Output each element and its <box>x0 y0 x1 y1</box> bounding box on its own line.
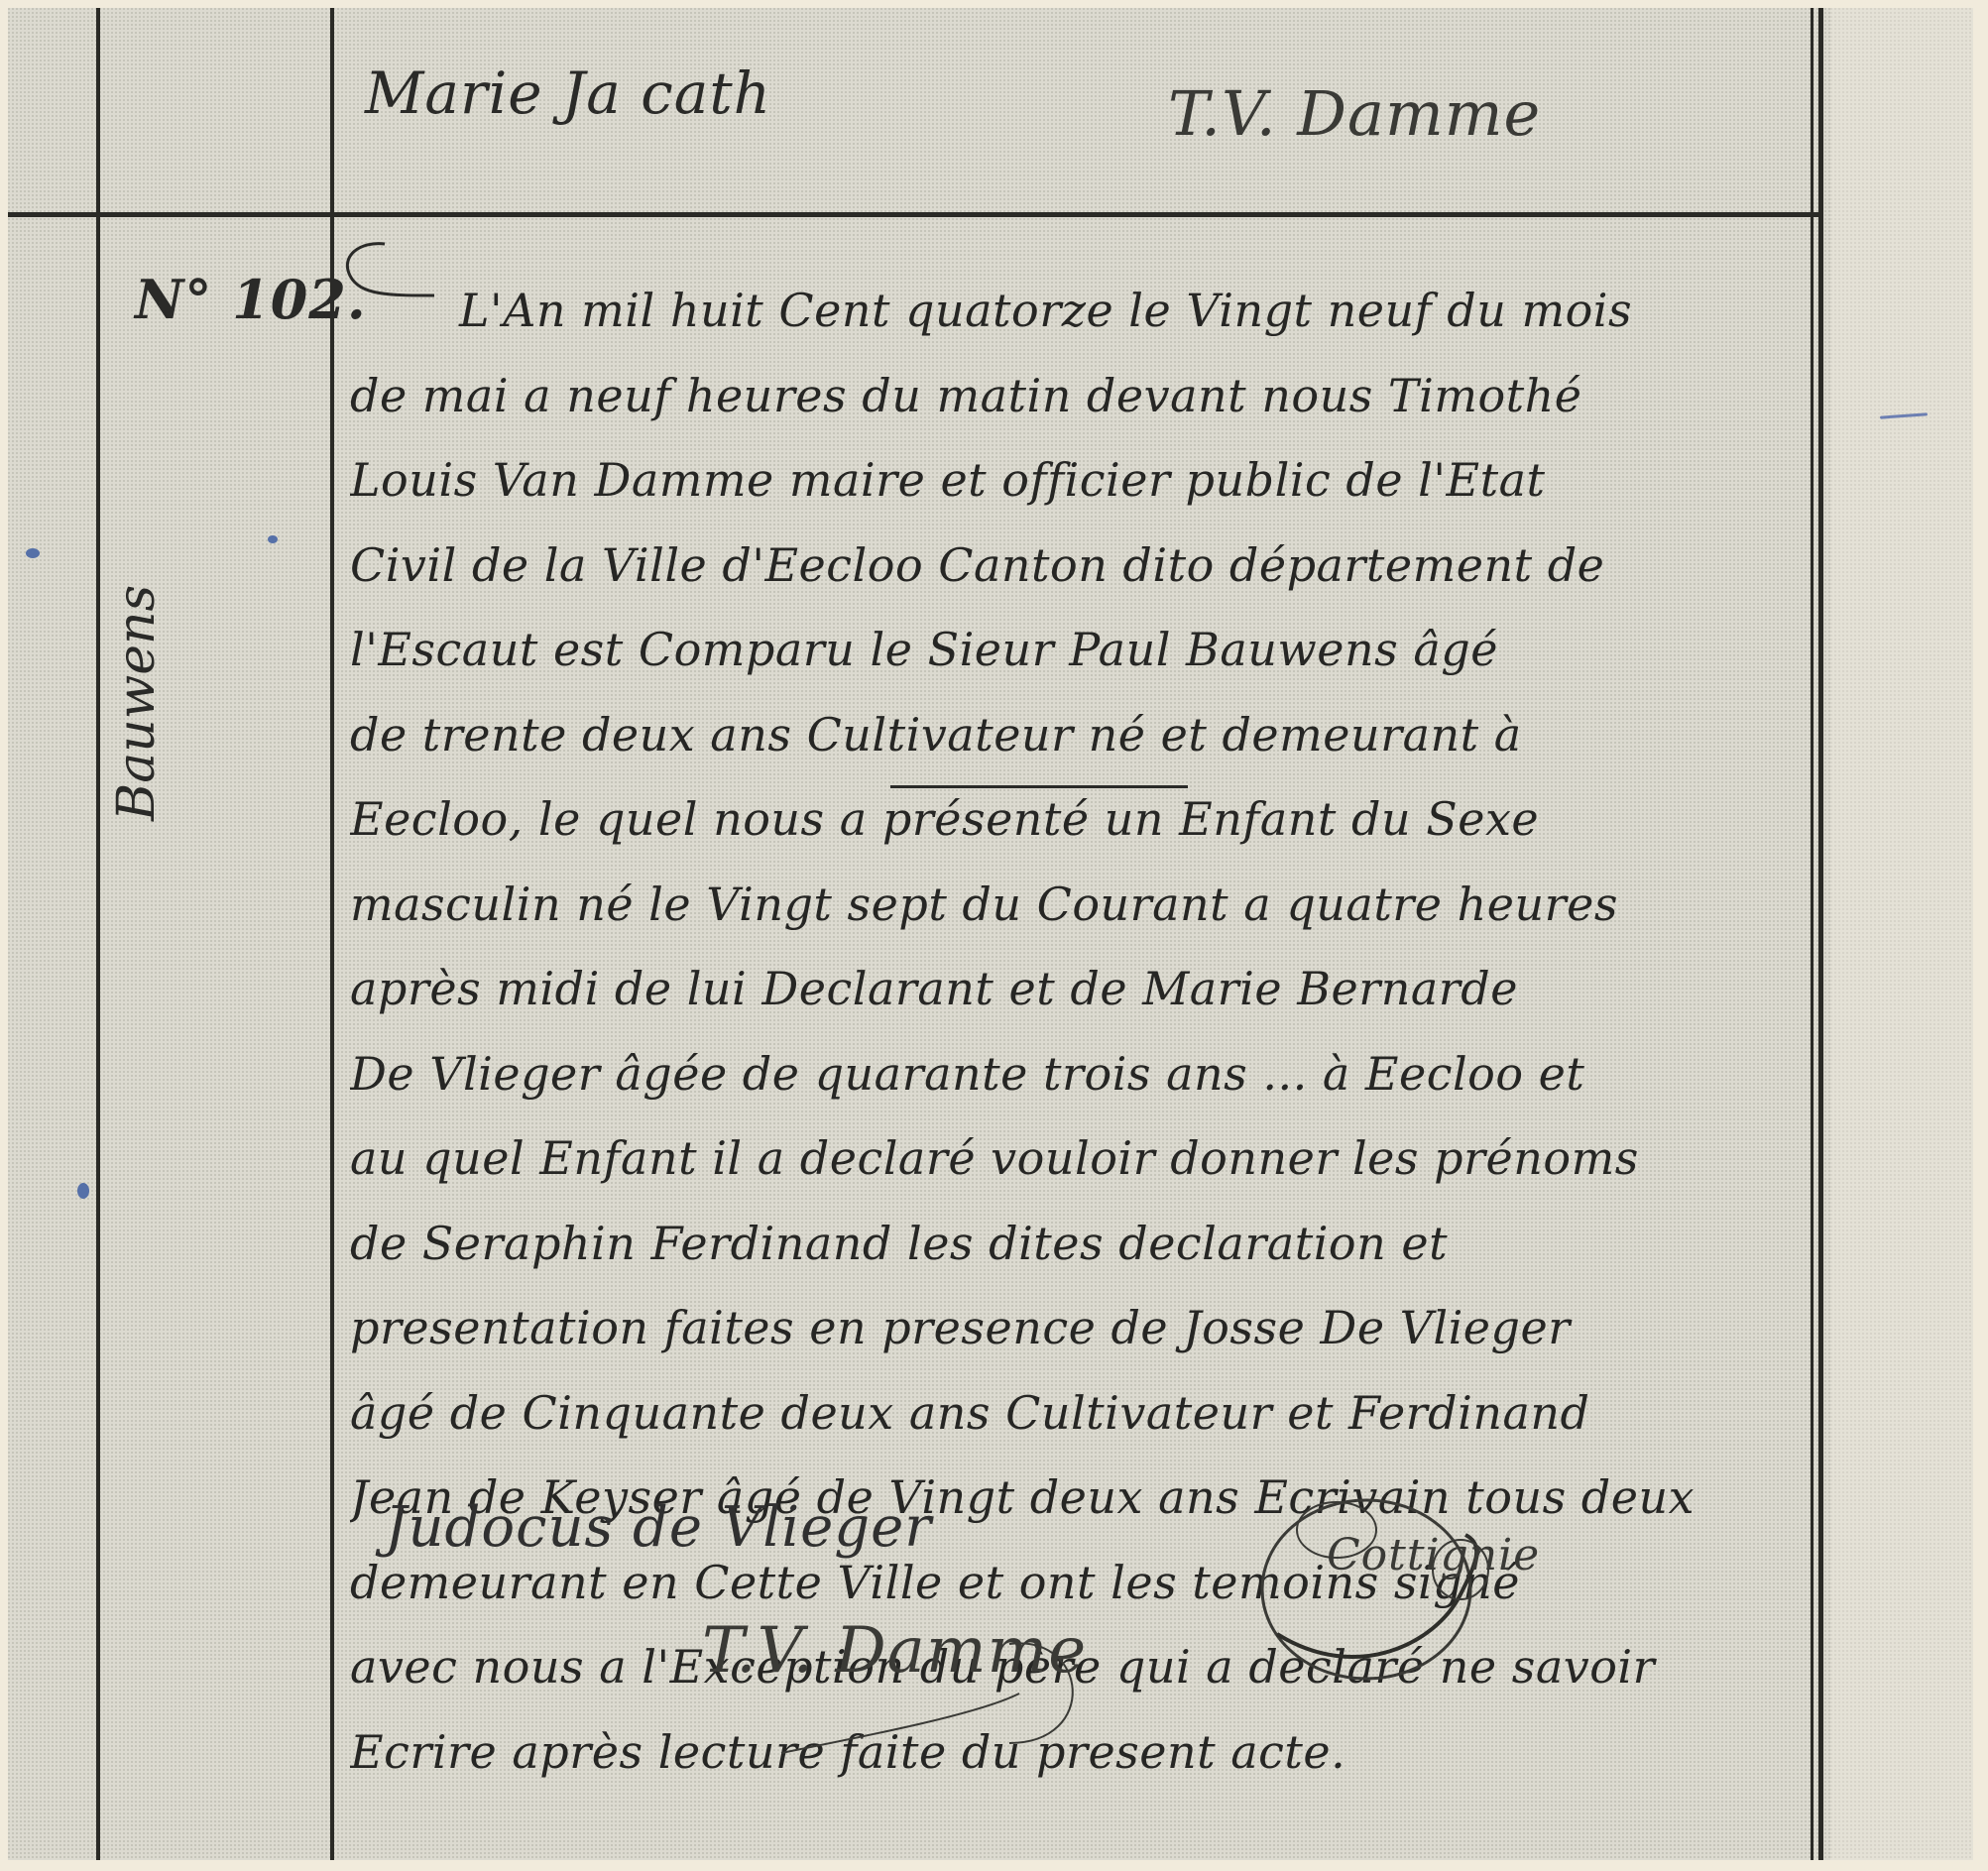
ink-spot <box>26 548 40 558</box>
column-rule-right-inner <box>1811 8 1813 1860</box>
record-body: L'An mil huit Cent quatorze le Vingt neu… <box>350 276 1808 1802</box>
margin-annotation: Bauwens <box>107 585 167 821</box>
record-line: Civil de la Ville d'Eecloo Canton dito d… <box>350 530 1808 616</box>
entry-number: N° 102. <box>135 268 367 331</box>
record-line: Ecrire après lecture faite du present ac… <box>350 1717 1808 1803</box>
record-line: âgé de Cinquante deux ans Cultivateur et… <box>350 1378 1808 1463</box>
officer-signature: T.V. Damme <box>702 1614 1087 1688</box>
record-line: Eecloo, le quel nous a présenté un Enfan… <box>350 784 1808 870</box>
witness-signature: Judocus de Vlieger <box>385 1495 932 1560</box>
record-line: après midi de lui Declarant et de Marie … <box>350 954 1808 1039</box>
previous-entry-signature: T.V. Damme <box>1168 77 1541 150</box>
entry-separator-rule <box>8 212 1822 217</box>
underline-mark <box>890 785 1188 788</box>
page-outer-margin <box>1830 8 1973 1860</box>
previous-entry-names: Marie Ja cath <box>365 59 771 127</box>
ink-spot <box>268 535 278 543</box>
second-witness-signature: Cottignie <box>1327 1530 1540 1580</box>
column-rule-left <box>96 8 100 1860</box>
record-line: De Vlieger âgée de quarante trois ans ..… <box>350 1039 1808 1124</box>
record-line: L'An mil huit Cent quatorze le Vingt neu… <box>350 276 1808 361</box>
record-line: de trente deux ans Cultivateur né et dem… <box>350 700 1808 785</box>
column-rule-right-outer <box>1818 8 1823 1860</box>
record-line: presentation faites en presence de Josse… <box>350 1293 1808 1378</box>
ink-spot <box>77 1183 89 1199</box>
record-line: de mai a neuf heures du matin devant nou… <box>350 361 1808 446</box>
register-page: Marie Ja cath T.V. Damme N° 102. Bauwens… <box>8 8 1973 1860</box>
record-line: Louis Van Damme maire et officier public… <box>350 445 1808 530</box>
record-line: de Seraphin Ferdinand les dites declarat… <box>350 1209 1808 1294</box>
record-line: masculin né le Vingt sept du Courant a q… <box>350 870 1808 955</box>
record-line: au quel Enfant il a declaré vouloir donn… <box>350 1123 1808 1209</box>
record-line: l'Escaut est Comparu le Sieur Paul Bauwe… <box>350 615 1808 700</box>
